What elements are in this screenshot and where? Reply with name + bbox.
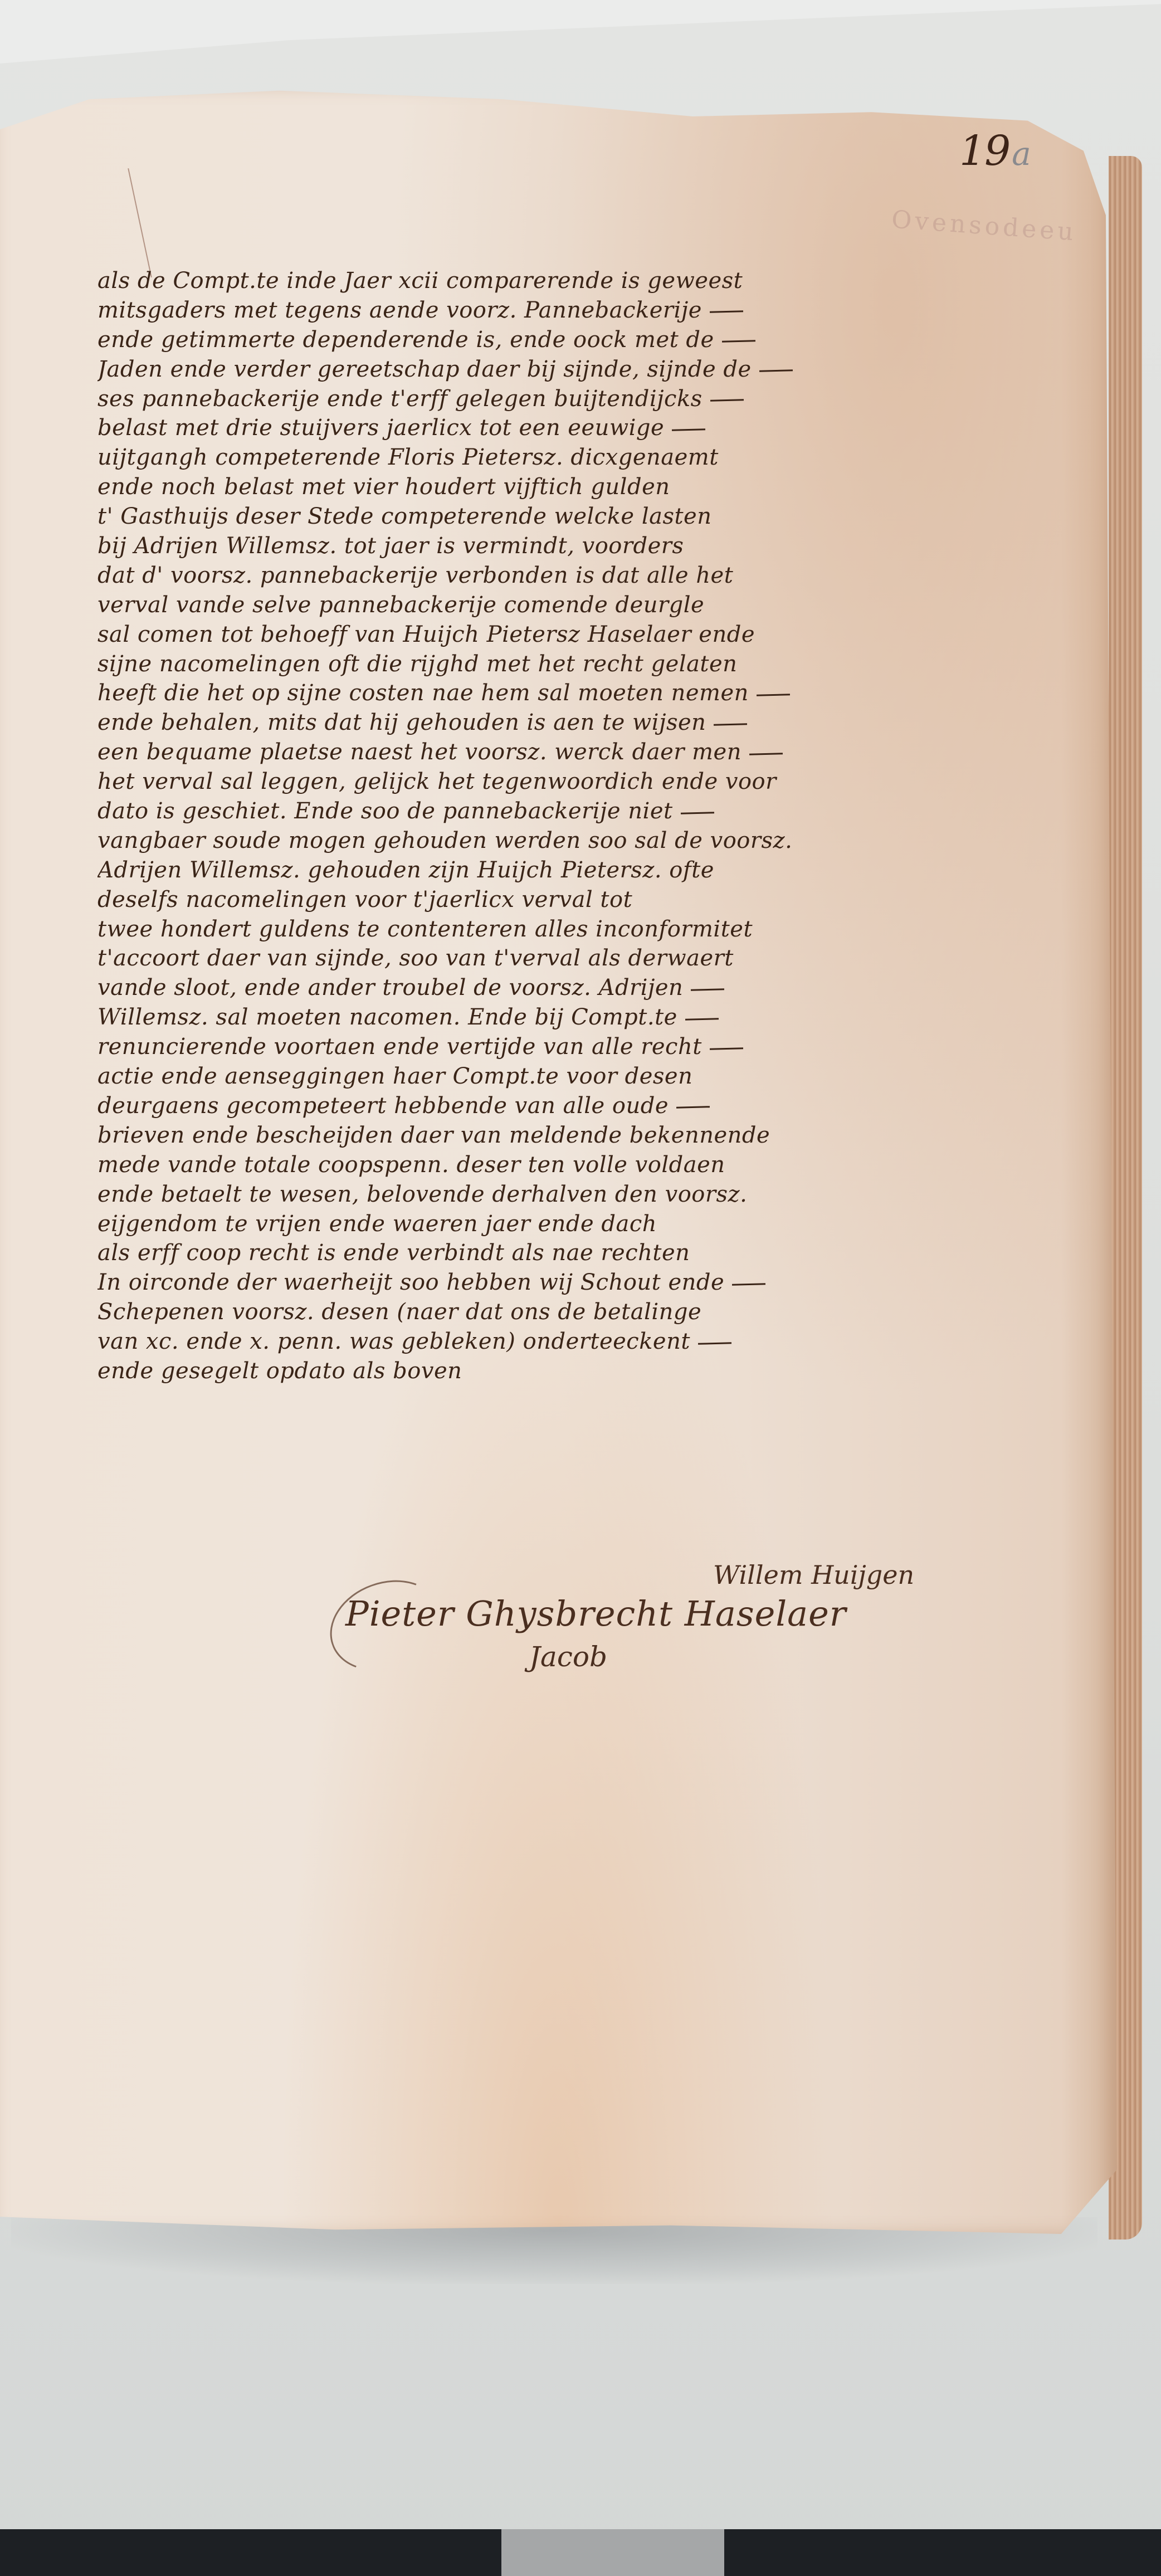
text-line: eijgendom te vrijen ende waeren jaer end… — [97, 1209, 1109, 1239]
line-filler-stroke — [757, 694, 790, 696]
folio-number-suffix: a — [1012, 135, 1030, 173]
text-line: twee hondert guldens te contenteren alle… — [97, 915, 1109, 944]
text-line: t' Gasthuijs deser Stede competerende we… — [97, 502, 1109, 531]
line-filler-stroke — [710, 399, 744, 402]
text-line: deselfs nacomelingen voor t'jaerlicx ver… — [97, 885, 1109, 915]
text-line: brieven ende bescheijden daer van melden… — [97, 1121, 1109, 1150]
text-line: actie ende aenseggingen haer Compt.te vo… — [97, 1062, 1109, 1091]
text-line: ses pannebackerije ende t'erff gelegen b… — [97, 384, 1109, 414]
folio-number: 19a — [959, 127, 1030, 175]
text-line: ende getimmerte dependerende is, ende oo… — [97, 325, 1109, 355]
text-line: uijtgangh competerende Floris Pietersz. … — [97, 443, 1109, 472]
text-line: Willemsz. sal moeten nacomen. Ende bij C… — [97, 1003, 1109, 1032]
line-filler-stroke — [672, 428, 705, 431]
text-line: t'accoort daer van sijnde, soo van t'ver… — [97, 944, 1109, 973]
line-filler-stroke — [681, 812, 714, 814]
text-line: het verval sal leggen, gelijck het tegen… — [97, 767, 1109, 797]
text-line: Schepenen voorsz. desen (naer dat ons de… — [97, 1297, 1109, 1327]
line-filler-stroke — [710, 1047, 743, 1050]
text-line: sal comen tot behoeff van Huijch Pieters… — [97, 620, 1109, 650]
text-line: ende behalen, mits dat hij gehouden is a… — [97, 708, 1109, 738]
line-filler-stroke — [685, 1018, 719, 1021]
text-line: als de Compt.te inde Jaer xcii comparere… — [97, 266, 1109, 296]
text-line: Adrijen Willemsz. gehouden zijn Huijch P… — [97, 856, 1109, 885]
text-line: van xc. ende x. penn. was gebleken) onde… — [97, 1327, 1109, 1357]
line-filler-stroke — [759, 369, 793, 372]
line-filler-stroke — [698, 1342, 731, 1345]
text-line: een bequame plaetse naest het voorsz. we… — [97, 738, 1109, 767]
text-line: ende gesegelt opdato als boven — [97, 1357, 1109, 1386]
text-line: ende betaelt te wesen, belovende derhalv… — [97, 1180, 1109, 1209]
line-filler-stroke — [691, 988, 724, 991]
text-line: mede vande totale coopspenn. deser ten v… — [97, 1150, 1109, 1180]
signature-block: Willem Huijgen Pieter Ghysbrecht Haselae… — [345, 1549, 1070, 1694]
text-line: sijne nacomelingen oft die rijghd met he… — [97, 650, 1109, 679]
manuscript-text: als de Compt.te inde Jaer xcii comparere… — [97, 266, 1109, 1386]
text-line: Jaden ende verder gereetschap daer bij s… — [97, 355, 1109, 384]
signature-haselaer: Pieter Ghysbrecht Haselaer — [345, 1593, 846, 1634]
line-filler-stroke — [722, 340, 755, 343]
text-line: dat d' voorsz. pannebackerije verbonden … — [97, 561, 1109, 591]
line-filler-stroke — [714, 723, 747, 726]
text-line: dato is geschiet. Ende soo de pannebacke… — [97, 797, 1109, 826]
text-line: heeft die het op sijne costen nae hem sa… — [97, 679, 1109, 708]
text-line: vande sloot, ende ander troubel de voors… — [97, 973, 1109, 1003]
text-line: mitsgaders met tegens aende voorz. Panne… — [97, 296, 1109, 325]
line-filler-stroke — [749, 753, 783, 755]
text-line: deurgaens gecompeteert hebbende van alle… — [97, 1091, 1109, 1121]
text-line: ende noch belast met vier houdert vijfti… — [97, 472, 1109, 502]
text-line: als erff coop recht is ende verbindt als… — [97, 1238, 1109, 1268]
text-line: In oirconde der waerheijt soo hebben wij… — [97, 1268, 1109, 1297]
line-filler-stroke — [676, 1106, 710, 1109]
line-filler-stroke — [710, 311, 743, 314]
bottom-dark-strip — [0, 2529, 1161, 2576]
text-line: renuncierende voortaen ende vertijde van… — [97, 1032, 1109, 1062]
text-line: verval vande selve pannebackerije comend… — [97, 591, 1109, 620]
signature-willem-huijgen: Willem Huijgen — [713, 1560, 914, 1590]
signature-third: Jacob — [529, 1641, 607, 1673]
text-line: vangbaer soude mogen gehouden werden soo… — [97, 826, 1109, 856]
text-line: belast met drie stuijvers jaerlicx tot e… — [97, 413, 1109, 443]
folio-number-value: 19 — [959, 127, 1009, 175]
line-filler-stroke — [732, 1283, 765, 1286]
text-line: bij Adrijen Willemsz. tot jaer is vermin… — [97, 531, 1109, 561]
